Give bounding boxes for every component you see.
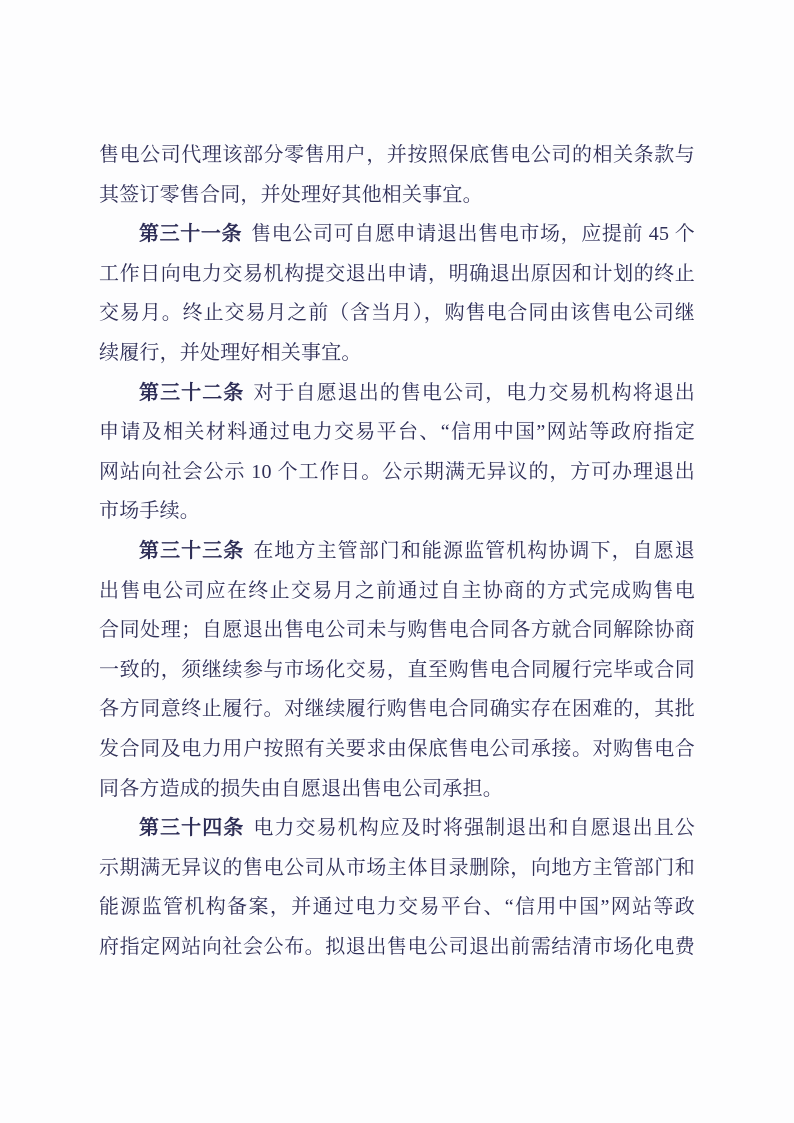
document-body: 售电公司代理该部分零售用户，并按照保底售电公司的相关条款与其签订零售合同，并处理…	[99, 136, 695, 967]
line-text: 同各方造成的损失由自愿退出售电公司承担。	[99, 778, 503, 800]
line-text: 合同处理；自愿退出售电公司未与购售电合同各方就合同解除协商	[99, 619, 695, 641]
line-text: 交易月。终止交易月之前（含当月），购售电合同由该售电公司继	[99, 302, 695, 324]
text-line: 一致的，须继续参与市场化交易，直至购售电合同履行完毕或合同	[99, 651, 695, 691]
line-text: 售电公司可自愿申请退出售电市场，应提前 45 个	[251, 223, 695, 245]
paragraph: 第三十二条对于自愿退出的售电公司，电力交易机构将退出申请及相关材料通过电力交易平…	[99, 374, 695, 532]
line-text: 对于自愿退出的售电公司，电力交易机构将退出	[253, 382, 695, 404]
paragraph: 第三十三条在地方主管部门和能源监管机构协调下，自愿退出售电公司应在终止交易月之前…	[99, 532, 695, 809]
paragraph: 第三十一条售电公司可自愿申请退出售电市场，应提前 45 个工作日向电力交易机构提…	[99, 215, 695, 373]
text-line: 网站向社会公示 10 个工作日。公示期满无异议的，方可办理退出	[99, 453, 695, 493]
text-line: 第三十二条对于自愿退出的售电公司，电力交易机构将退出	[99, 374, 695, 414]
text-line: 第三十四条电力交易机构应及时将强制退出和自愿退出且公	[99, 809, 695, 849]
text-line: 第三十一条售电公司可自愿申请退出售电市场，应提前 45 个	[99, 215, 695, 255]
line-text: 申请及相关材料通过电力交易平台、“信用中国”网站等政府指定	[99, 421, 695, 443]
line-text: 出售电公司应在终止交易月之前通过自主协商的方式完成购售电	[99, 580, 695, 602]
line-text: 工作日向电力交易机构提交退出申请，明确退出原因和计划的终止	[99, 263, 695, 285]
text-line: 售电公司代理该部分零售用户，并按照保底售电公司的相关条款与	[99, 136, 695, 176]
text-line: 发合同及电力用户按照有关要求由保底售电公司承接。对购售电合	[99, 730, 695, 770]
line-text: 示期满无异议的售电公司从市场主体目录删除，向地方主管部门和	[99, 857, 695, 879]
text-line: 能源监管机构备案，并通过电力交易平台、“信用中国”网站等政	[99, 888, 695, 928]
text-line: 市场手续。	[99, 492, 695, 532]
text-line: 各方同意终止履行。对继续履行购售电合同确实存在困难的，其批	[99, 690, 695, 730]
text-line: 合同处理；自愿退出售电公司未与购售电合同各方就合同解除协商	[99, 611, 695, 651]
document-page: 售电公司代理该部分零售用户，并按照保底售电公司的相关条款与其签订零售合同，并处理…	[0, 0, 794, 1123]
text-line: 续履行，并处理好相关事宜。	[99, 334, 695, 374]
article-number: 第三十二条	[139, 382, 244, 404]
article-number: 第三十一条	[139, 223, 242, 245]
text-line: 第三十三条在地方主管部门和能源监管机构协调下，自愿退	[99, 532, 695, 572]
line-text: 其签订零售合同，并处理好其他相关事宜。	[99, 184, 483, 206]
line-text: 能源监管机构备案，并通过电力交易平台、“信用中国”网站等政	[99, 896, 695, 918]
article-number: 第三十三条	[139, 540, 244, 562]
line-text: 在地方主管部门和能源监管机构协调下，自愿退	[253, 540, 695, 562]
text-line: 出售电公司应在终止交易月之前通过自主协商的方式完成购售电	[99, 572, 695, 612]
text-line: 同各方造成的损失由自愿退出售电公司承担。	[99, 770, 695, 810]
line-text: 府指定网站向社会公布。拟退出售电公司退出前需结清市场化电费	[99, 936, 695, 958]
text-line: 申请及相关材料通过电力交易平台、“信用中国”网站等政府指定	[99, 413, 695, 453]
line-text: 市场手续。	[99, 500, 200, 522]
line-text: 各方同意终止履行。对继续履行购售电合同确实存在困难的，其批	[99, 698, 695, 720]
line-text: 续履行，并处理好相关事宜。	[99, 342, 362, 364]
article-number: 第三十四条	[139, 817, 244, 839]
line-text: 一致的，须继续参与市场化交易，直至购售电合同履行完毕或合同	[99, 659, 695, 681]
text-line: 工作日向电力交易机构提交退出申请，明确退出原因和计划的终止	[99, 255, 695, 295]
text-line: 府指定网站向社会公布。拟退出售电公司退出前需结清市场化电费	[99, 928, 695, 968]
text-line: 交易月。终止交易月之前（含当月），购售电合同由该售电公司继	[99, 294, 695, 334]
paragraph: 第三十四条电力交易机构应及时将强制退出和自愿退出且公示期满无异议的售电公司从市场…	[99, 809, 695, 967]
line-text: 网站向社会公示 10 个工作日。公示期满无异议的，方可办理退出	[99, 461, 695, 483]
paragraph: 售电公司代理该部分零售用户，并按照保底售电公司的相关条款与其签订零售合同，并处理…	[99, 136, 695, 215]
text-line: 其签订零售合同，并处理好其他相关事宜。	[99, 176, 695, 216]
text-line: 示期满无异议的售电公司从市场主体目录删除，向地方主管部门和	[99, 849, 695, 889]
line-text: 电力交易机构应及时将强制退出和自愿退出且公	[253, 817, 695, 839]
line-text: 发合同及电力用户按照有关要求由保底售电公司承接。对购售电合	[99, 738, 695, 760]
line-text: 售电公司代理该部分零售用户，并按照保底售电公司的相关条款与	[99, 144, 695, 166]
